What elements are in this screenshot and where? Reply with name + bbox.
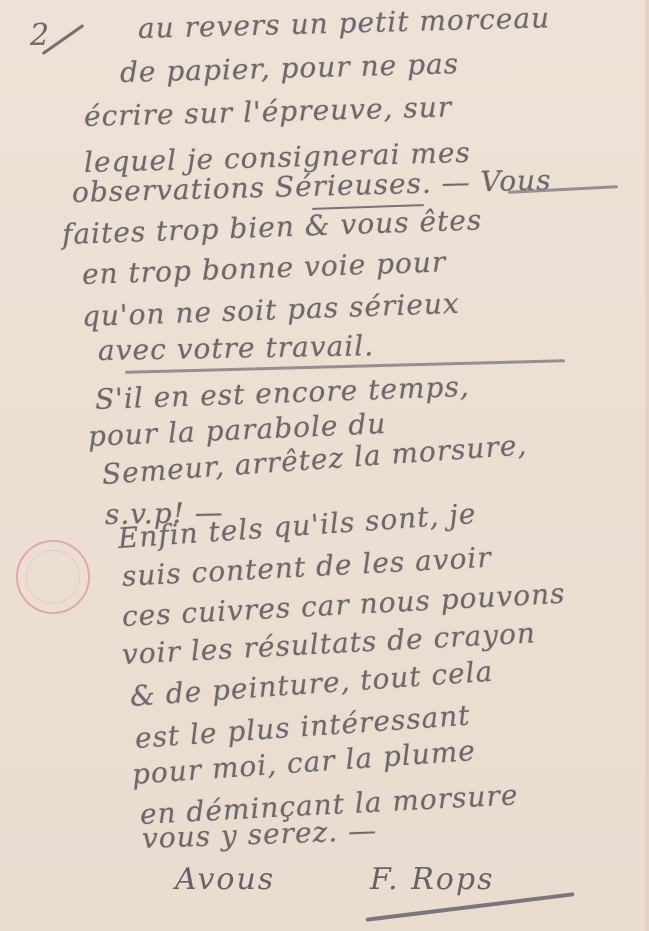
letter-line: avec votre travail.	[98, 329, 375, 367]
letter-line: au revers un petit morceau	[138, 1, 551, 45]
letter-line: faites trop bien & vous êtes	[61, 203, 482, 251]
letter-line: de papier, pour ne pas	[120, 47, 460, 89]
letter-line: écrire sur l'épreuve, sur	[84, 90, 453, 133]
closing-word: Avous	[175, 862, 275, 897]
letter-line: en trop bonne voie pour	[81, 245, 446, 291]
letter-line: vous y serez. —	[141, 814, 377, 855]
letter-line: S'il en est encore temps,	[94, 370, 470, 416]
signature: F. Rops	[370, 862, 494, 897]
stamp-inner-ring	[26, 550, 80, 604]
library-stamp	[16, 540, 90, 614]
letter-line: qu'on ne soit pas sérieux	[81, 287, 460, 333]
letter-page: 2 au revers un petit morceau de papier, …	[0, 0, 649, 931]
